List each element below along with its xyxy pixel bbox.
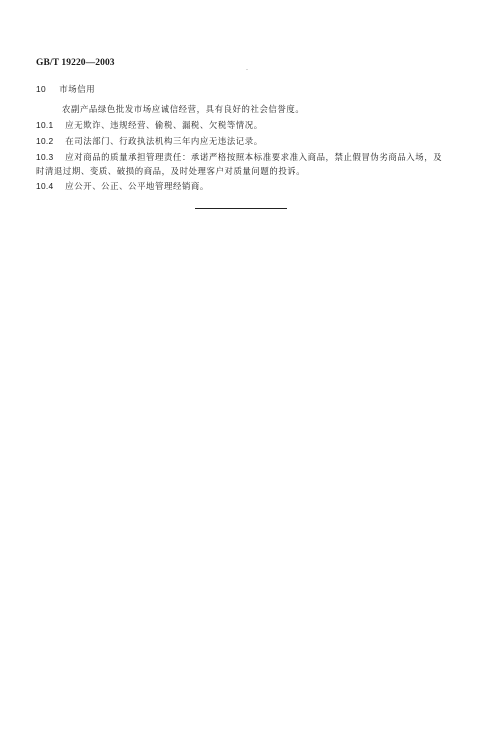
section-title: 市场信用 [59, 84, 95, 94]
clause-number: 10.2 [36, 136, 62, 147]
clause-text: 应无欺诈、违规经营、偷税、漏税、欠税等情况。 [65, 120, 262, 130]
clause-10-3: 10.3 应对商品的质量承担管理责任：承诺严格按照本标准要求准入商品，禁止假冒伪… [36, 152, 442, 163]
clause-number: 10.4 [36, 181, 62, 192]
clause-10-2: 10.2 在司法部门、行政执法机构三年内应无违法记录。 [36, 136, 263, 147]
clause-10-3-continuation: 时清退过期、变质、破损的商品，及时处理客户对质量问题的投诉。 [36, 166, 305, 177]
end-of-document-rule [195, 208, 287, 209]
clause-text: 应对商品的质量承担管理责任：承诺严格按照本标准要求准入商品，禁止假冒伪劣商品入场… [65, 152, 442, 162]
clause-text: 应公开、公正、公平地管理经销商。 [65, 181, 209, 191]
clause-number: 10.1 [36, 120, 62, 131]
section-number: 10 [36, 84, 56, 95]
standard-code-header: GB/T 19220—2003 [36, 58, 115, 68]
scan-artifact [246, 69, 248, 70]
clause-text: 在司法部门、行政执法机构三年内应无违法记录。 [65, 136, 262, 146]
clause-number: 10.3 [36, 152, 62, 163]
clause-10-1: 10.1 应无欺诈、违规经营、偷税、漏税、欠税等情况。 [36, 120, 263, 131]
section-heading: 10 市场信用 [36, 84, 95, 95]
clause-10-4: 10.4 应公开、公正、公平地管理经销商。 [36, 181, 209, 192]
section-intro: 农副产品绿色批发市场应诚信经营，具有良好的社会信誉度。 [62, 104, 304, 115]
